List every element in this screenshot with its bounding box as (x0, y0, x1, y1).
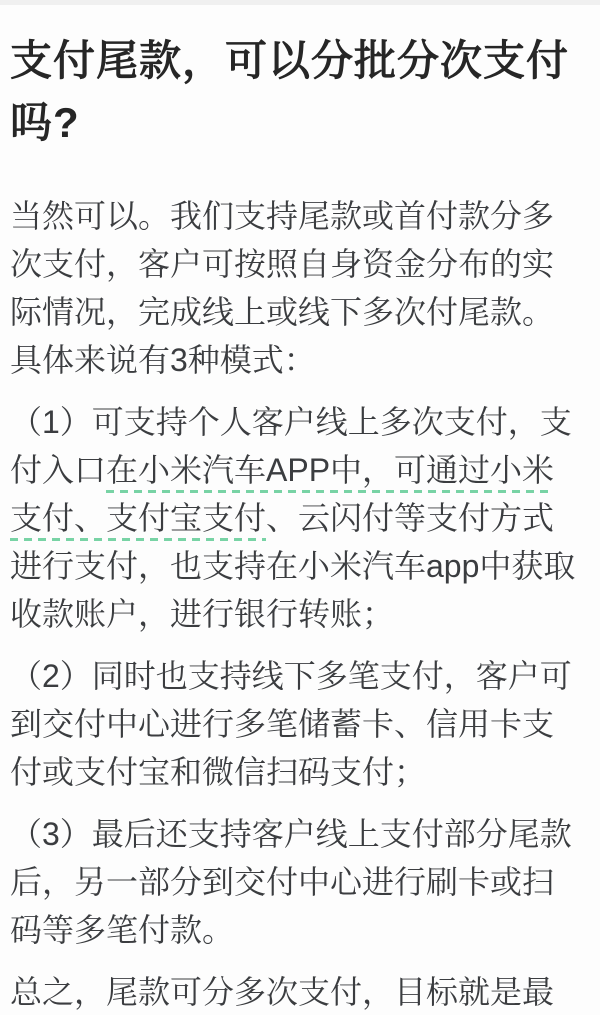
keyword-link[interactable]: 在小米汽车APP中，可通过小米 (106, 452, 554, 493)
top-divider (0, 0, 600, 5)
title-line: 支付尾款，可以分批分次支付 (10, 30, 580, 92)
text-segment: 付入口 (10, 452, 106, 488)
text-line: 付或支付宝和微信扫码支付； (10, 748, 580, 796)
text-line: 支付、支付宝支付、云闪付等支付方式 (10, 494, 580, 542)
text-segment: 后，另一部分到交付中心进行刷卡或扫 (10, 864, 554, 900)
keyword-link[interactable]: 支付、支付宝支付 (10, 500, 266, 541)
page-title: 支付尾款，可以分批分次支付吗? (10, 30, 580, 154)
paragraph: 总之，尾款可分多次支付，目标就是最 (10, 968, 580, 1015)
paragraph: （1）可支持个人客户线上多次支付，支付入口在小米汽车APP中，可通过小米支付、支… (10, 398, 580, 638)
text-line: （2）同时也支持线下多笔支付，客户可 (10, 652, 580, 700)
text-segment: 到交付中心进行多笔储蓄卡、信用卡支 (10, 706, 554, 742)
text-line: 付入口在小米汽车APP中，可通过小米 (10, 446, 580, 494)
text-segment: 、云闪付等支付方式 (266, 500, 554, 536)
text-segment: （3）最后还支持客户线上支付部分尾款 (10, 816, 572, 852)
text-line: 具体来说有3种模式： (10, 336, 580, 384)
faq-article: 支付尾款，可以分批分次支付吗? 当然可以。我们支持尾款或首付款分多次支付，客户可… (0, 30, 600, 1015)
text-segment: 次支付，客户可按照自身资金分布的实 (10, 246, 554, 282)
text-segment: 付或支付宝和微信扫码支付； (10, 754, 426, 790)
text-segment: （1）可支持个人客户线上多次支付，支 (10, 404, 572, 440)
text-line: 总之，尾款可分多次支付，目标就是最 (10, 968, 580, 1015)
text-segment: 进行支付，也支持在小米汽车app中获取 (10, 548, 575, 584)
paragraph: （3）最后还支持客户线上支付部分尾款后，另一部分到交付中心进行刷卡或扫码等多笔付… (10, 810, 580, 954)
text-line: 当然可以。我们支持尾款或首付款分多 (10, 192, 580, 240)
text-line: 到交付中心进行多笔储蓄卡、信用卡支 (10, 700, 580, 748)
text-line: 次支付，客户可按照自身资金分布的实 (10, 240, 580, 288)
paragraph: 当然可以。我们支持尾款或首付款分多次支付，客户可按照自身资金分布的实际情况，完成… (10, 192, 580, 384)
text-segment: 际情况，完成线上或线下多次付尾款。 (10, 294, 554, 330)
text-segment: 收款账户，进行银行转账； (10, 596, 394, 632)
text-line: （3）最后还支持客户线上支付部分尾款 (10, 810, 580, 858)
text-line: 收款账户，进行银行转账； (10, 590, 580, 638)
text-segment: 总之，尾款可分多次支付，目标就是最 (10, 974, 554, 1010)
text-line: 际情况，完成线上或线下多次付尾款。 (10, 288, 580, 336)
title-line: 吗? (10, 92, 580, 154)
text-line: （1）可支持个人客户线上多次支付，支 (10, 398, 580, 446)
article-body: 当然可以。我们支持尾款或首付款分多次支付，客户可按照自身资金分布的实际情况，完成… (10, 192, 580, 1015)
text-line: 后，另一部分到交付中心进行刷卡或扫 (10, 858, 580, 906)
text-line: 进行支付，也支持在小米汽车app中获取 (10, 542, 580, 590)
text-segment: 码等多笔付款。 (10, 912, 234, 948)
paragraph: （2）同时也支持线下多笔支付，客户可到交付中心进行多笔储蓄卡、信用卡支付或支付宝… (10, 652, 580, 796)
text-line: 码等多笔付款。 (10, 906, 580, 954)
text-segment: 具体来说有3种模式： (10, 342, 316, 378)
text-segment: （2）同时也支持线下多笔支付，客户可 (10, 658, 572, 694)
text-segment: 当然可以。我们支持尾款或首付款分多 (10, 198, 554, 234)
